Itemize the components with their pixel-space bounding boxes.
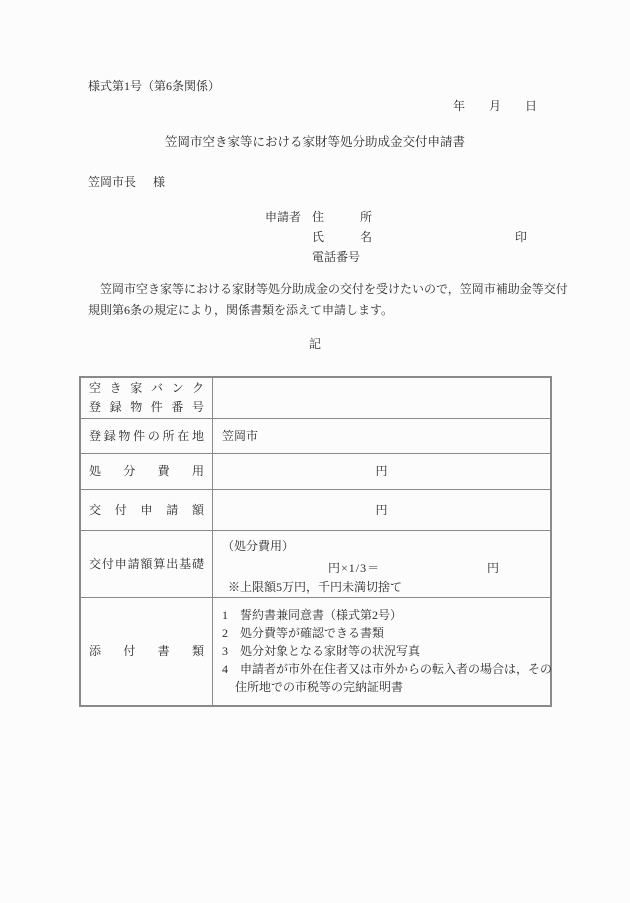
phone-field-label: 電話番号 [312,249,360,266]
label-line: 添付書類 [89,642,204,661]
label-line: 交付申請額算出基礎 [89,555,204,574]
document-page: 様式第1号（第6条関係） 年 月 日 笠岡市空き家等における家財等処分助成金交付… [0,0,630,903]
label-cell-property-location: 登録物件の所在地 [81,419,213,453]
attachment-item-continuation: 住所地での市税等の完納証明書 [222,678,552,696]
application-table: 空き家バンク 登録物件番号 登録物件の所在地 笠岡市 処分費用 円 交付申請額 [79,376,552,707]
label-line: 交付申請額 [89,501,204,520]
yen-unit: 円 [375,463,387,480]
calc-formula-line: 円×1/3＝ 円 [222,559,546,577]
label-line: 登録物件番号 [89,398,204,417]
addressee-honorific: 様 [153,175,165,189]
label-line: 空き家バンク [89,379,204,398]
document-title: 笠岡市空き家等における家財等処分助成金交付申請書 [0,134,630,151]
property-location-value: 笠岡市 [222,428,258,445]
value-cell-disposal-cost: 円 [213,454,550,489]
calc-formula: 円×1/3＝ [328,561,380,575]
table-row-bank-number: 空き家バンク 登録物件番号 [81,378,550,419]
calc-result-unit: 円 [487,559,499,577]
applicant-label: 申請者 [265,209,301,226]
addressee: 笠岡市長様 [88,174,165,191]
addressee-name: 笠岡市長 [88,175,136,189]
form-number: 様式第1号（第6条関係） [88,78,220,95]
value-cell-calculation-basis: （処分費用） 円×1/3＝ 円 ※上限額5万円，千円未満切捨て [213,531,550,597]
value-cell-property-location: 笠岡市 [213,419,550,453]
calc-heading: （処分費用） [222,537,546,555]
calc-note: ※上限額5万円，千円未満切捨て [228,578,546,596]
table-row-disposal-cost: 処分費用 円 [81,454,550,490]
name-field-label: 氏 名 [312,229,372,246]
label-line: 処分費用 [89,462,204,481]
label-line: 登録物件の所在地 [89,427,204,446]
attachment-item: 3 処分対象となる家財等の状況写真 [222,642,552,660]
address-field-label: 住 所 [312,209,372,226]
body-paragraph-line-1: 笠岡市空き家等における家財等処分助成金の交付を受けたいので，笠岡市補助金等交付 [88,281,568,298]
attachment-item: 1 誓約書兼同意書（様式第2号） [222,606,552,624]
value-cell-attachments: 1 誓約書兼同意書（様式第2号） 2 処分費等が確認できる書類 3 処分対象とな… [213,598,556,705]
seal-mark: 印 [515,229,527,246]
value-cell-grant-request-amount: 円 [213,490,550,530]
label-cell-calculation-basis: 交付申請額算出基礎 [81,531,213,597]
table-row-property-location: 登録物件の所在地 笠岡市 [81,419,550,454]
table-row-calculation-basis: 交付申請額算出基礎 （処分費用） 円×1/3＝ 円 ※上限額5万円，千円未満切捨… [81,531,550,598]
label-cell-grant-request-amount: 交付申請額 [81,490,213,530]
value-cell-bank-number [213,378,550,418]
re-marker: 記 [0,336,630,353]
body-paragraph-line-2: 規則第6条の規定により，関係書類を添えて申請します。 [88,302,393,319]
table-row-attachments: 添付書類 1 誓約書兼同意書（様式第2号） 2 処分費等が確認できる書類 3 処… [81,598,550,705]
label-cell-bank-number: 空き家バンク 登録物件番号 [81,378,213,418]
date-line: 年 月 日 [453,98,537,115]
attachment-item: 4 申請者が市外在住者又は市外からの転入者の場合は，その [222,660,552,678]
label-cell-disposal-cost: 処分費用 [81,454,213,489]
yen-unit: 円 [375,502,387,519]
table-row-grant-request-amount: 交付申請額 円 [81,490,550,531]
label-cell-attachments: 添付書類 [81,598,213,705]
attachment-item: 2 処分費等が確認できる書類 [222,624,552,642]
